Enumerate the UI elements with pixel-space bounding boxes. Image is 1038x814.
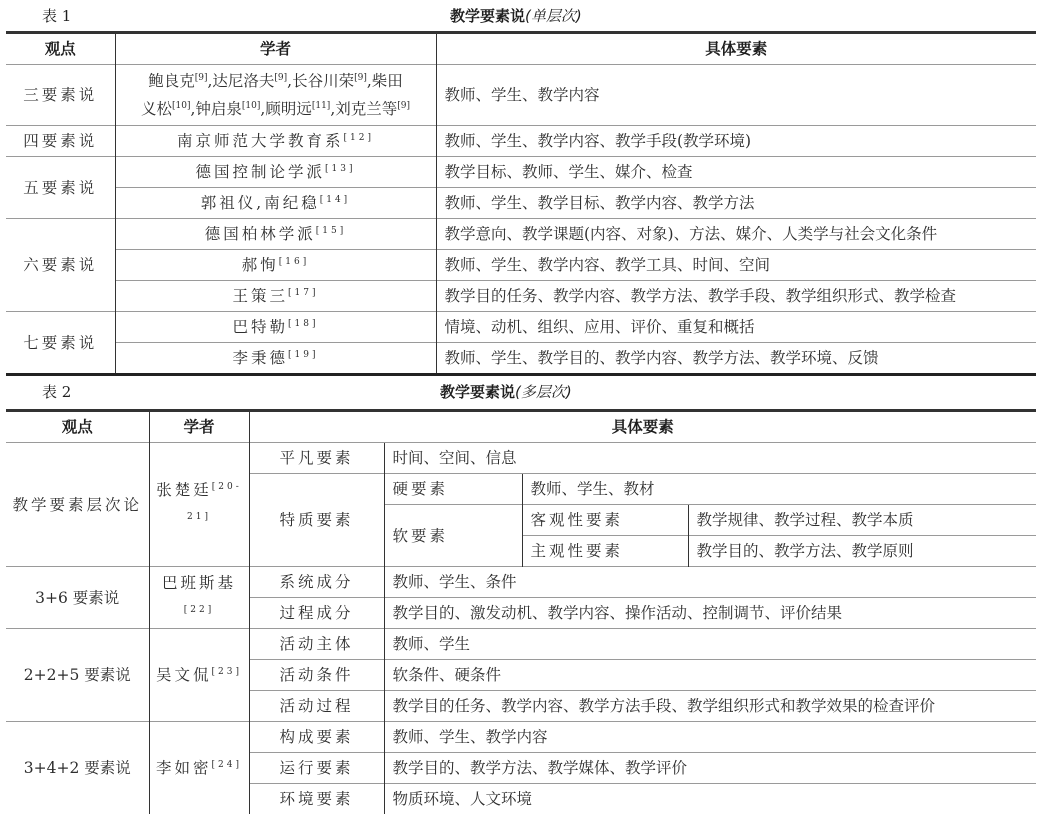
citation-ref: [9] xyxy=(397,101,410,111)
view-cell: 2+2+5 要素说 xyxy=(6,629,149,722)
scholar-name: 巴班斯基 xyxy=(162,574,236,592)
elements-cell: 情境、动机、组织、应用、评价、重复和概括 xyxy=(436,312,1036,343)
scholar-line: 义松[10],钟启泉[10],顾明远[11],刘克兰等[9] xyxy=(116,95,436,123)
citation-ref: [22] xyxy=(184,605,214,615)
table1-label: 表 1 xyxy=(42,5,71,26)
scholar-cell: 李秉德[19] xyxy=(115,343,436,375)
scholar-cell: 郭祖仪,南纪稳[14] xyxy=(115,188,436,219)
table-row: 三要素说 鲍良克[9],达尼洛夫[9],长谷川荣[9],柴田 义松[10],钟启… xyxy=(6,65,1036,126)
view-cell: 四要素说 xyxy=(6,126,115,157)
scholar-cell: 李如密[24] xyxy=(149,722,249,814)
table1: 观点 学者 具体要素 三要素说 鲍良克[9],达尼洛夫[9],长谷川荣[9],柴… xyxy=(6,31,1036,376)
view-cell: 五要素说 xyxy=(6,157,115,219)
subcategory-cell: 硬要素 xyxy=(384,474,522,505)
category-cell: 活动条件 xyxy=(249,660,384,691)
table-row: 七要素说 巴特勒[18] 情境、动机、组织、应用、评价、重复和概括 xyxy=(6,312,1036,343)
scholar-cell: 巴特勒[18] xyxy=(115,312,436,343)
table-row: 五要素说 德国控制论学派[13] 教学目标、教师、学生、媒介、检查 xyxy=(6,157,1036,188)
scholar-cell: 德国柏林学派[15] xyxy=(115,219,436,250)
category-cell: 构成要素 xyxy=(249,722,384,753)
header-view: 观点 xyxy=(6,33,115,65)
header-elements: 具体要素 xyxy=(436,33,1036,65)
table2-title-text: 教学要素说 xyxy=(440,383,515,401)
scholar-name: 李秉德 xyxy=(233,349,289,367)
table1-title-text: 教学要素说 xyxy=(450,7,525,25)
citation-ref: [23] xyxy=(212,667,242,677)
view-cell: 七要素说 xyxy=(6,312,115,375)
elements-cell: 教学规律、教学过程、教学本质 xyxy=(688,505,1036,536)
citation-ref: [9] xyxy=(354,73,367,83)
scholar-cell: 郝恂[16] xyxy=(115,250,436,281)
citation-ref: [18] xyxy=(288,319,318,329)
view-cell: 三要素说 xyxy=(6,65,115,126)
citation-ref: [15] xyxy=(316,226,346,236)
subsubcategory-cell: 客观性要素 xyxy=(522,505,688,536)
table-row: 李秉德[19] 教师、学生、教学目的、教学内容、教学方法、教学环境、反馈 xyxy=(6,343,1036,375)
scholar-name: 李如密 xyxy=(156,759,212,777)
scholar-name: 德国柏林学派 xyxy=(205,225,316,243)
scholar-cell: 德国控制论学派[13] xyxy=(115,157,436,188)
elements-cell: 教学目标、教师、学生、媒介、检查 xyxy=(436,157,1036,188)
elements-cell: 教师、学生、教学内容 xyxy=(436,65,1036,126)
elements-cell: 教师、学生、条件 xyxy=(384,567,1036,598)
elements-cell: 物质环境、人文环境 xyxy=(384,784,1036,814)
scholar-name: 郝恂 xyxy=(242,256,279,274)
scholar-name: 张楚廷 xyxy=(156,481,212,499)
scholar-name: 吴文侃 xyxy=(156,666,212,684)
table1-subtitle: (单层次) xyxy=(525,7,582,25)
category-cell: 运行要素 xyxy=(249,753,384,784)
elements-cell: 教学意向、教学课题(内容、对象)、方法、媒介、人类学与社会文化条件 xyxy=(436,219,1036,250)
scholar-cell: 吴文侃[23] xyxy=(149,629,249,722)
scholar-name: 王策三 xyxy=(233,287,289,305)
category-cell: 平凡要素 xyxy=(249,443,384,474)
category-cell: 活动过程 xyxy=(249,691,384,722)
table2: 观点 学者 具体要素 教学要素层次论 张楚廷[20-21] 平凡要素 时间、空间… xyxy=(6,409,1036,814)
view-cell: 3+6 要素说 xyxy=(6,567,149,629)
subcategory-cell: 软要素 xyxy=(384,505,522,567)
elements-cell: 教师、学生、教学目的、教学内容、教学方法、教学环境、反馈 xyxy=(436,343,1036,375)
table1-title: 教学要素说(单层次) xyxy=(450,5,582,26)
scholar-cell: 巴班斯基[22] xyxy=(149,567,249,629)
citation-ref: [16] xyxy=(279,257,309,267)
citation-ref: [11] xyxy=(312,101,330,111)
table2-subtitle: (多层次) xyxy=(515,383,572,401)
elements-cell: 教学目的任务、教学内容、教学方法手段、教学组织形式和教学效果的检查评价 xyxy=(384,691,1036,722)
citation-ref: [13] xyxy=(325,164,355,174)
citation-ref: [24] xyxy=(212,760,242,770)
table-row: 3+6 要素说 巴班斯基[22] 系统成分 教师、学生、条件 xyxy=(6,567,1036,598)
table2-label: 表 2 xyxy=(42,381,71,402)
citation-ref: [12] xyxy=(344,133,374,143)
citation-ref: [19] xyxy=(288,350,318,360)
citation-ref: [10] xyxy=(242,101,260,111)
elements-cell: 时间、空间、信息 xyxy=(384,443,1036,474)
scholar-name: 南京师范大学教育系 xyxy=(177,132,344,150)
subsubcategory-cell: 主观性要素 xyxy=(522,536,688,567)
citation-ref: [9] xyxy=(274,73,287,83)
table-row: 四要素说 南京师范大学教育系[12] 教师、学生、教学内容、教学手段(教学环境) xyxy=(6,126,1036,157)
header-elements: 具体要素 xyxy=(249,411,1036,443)
elements-cell: 教学目的、教学方法、教学媒体、教学评价 xyxy=(384,753,1036,784)
scholar-line: 鲍良克[9],达尼洛夫[9],长谷川荣[9],柴田 xyxy=(116,67,436,95)
elements-cell: 教师、学生、教学内容、教学手段(教学环境) xyxy=(436,126,1036,157)
table-row: 六要素说 德国柏林学派[15] 教学意向、教学课题(内容、对象)、方法、媒介、人… xyxy=(6,219,1036,250)
elements-cell: 教师、学生、教学目标、教学内容、教学方法 xyxy=(436,188,1036,219)
citation-ref: [9] xyxy=(195,73,208,83)
scholar-cell: 南京师范大学教育系[12] xyxy=(115,126,436,157)
elements-cell: 教学目的任务、教学内容、教学方法、教学手段、教学组织形式、教学检查 xyxy=(436,281,1036,312)
elements-cell: 教师、学生 xyxy=(384,629,1036,660)
citation-ref: [14] xyxy=(320,195,350,205)
scholar-cell: 鲍良克[9],达尼洛夫[9],长谷川荣[9],柴田 义松[10],钟启泉[10]… xyxy=(115,65,436,126)
table-row: 教学要素层次论 张楚廷[20-21] 平凡要素 时间、空间、信息 xyxy=(6,443,1036,474)
scholar-name: 郭祖仪,南纪稳 xyxy=(201,194,320,212)
category-cell: 活动主体 xyxy=(249,629,384,660)
scholar-cell: 张楚廷[20-21] xyxy=(149,443,249,567)
elements-cell: 教师、学生、教学内容 xyxy=(384,722,1036,753)
elements-cell: 教师、学生、教学内容、教学工具、时间、空间 xyxy=(436,250,1036,281)
view-cell: 六要素说 xyxy=(6,219,115,312)
table-row: 郭祖仪,南纪稳[14] 教师、学生、教学目标、教学内容、教学方法 xyxy=(6,188,1036,219)
table-row: 郝恂[16] 教师、学生、教学内容、教学工具、时间、空间 xyxy=(6,250,1036,281)
elements-cell: 教学目的、教学方法、教学原则 xyxy=(688,536,1036,567)
table2-title: 教学要素说(多层次) xyxy=(440,381,572,402)
category-cell: 过程成分 xyxy=(249,598,384,629)
table-row: 王策三[17] 教学目的任务、教学内容、教学方法、教学手段、教学组织形式、教学检… xyxy=(6,281,1036,312)
table-row: 2+2+5 要素说 吴文侃[23] 活动主体 教师、学生 xyxy=(6,629,1036,660)
view-cell: 教学要素层次论 xyxy=(6,443,149,567)
citation-ref: [10] xyxy=(172,101,190,111)
table1-header-row: 观点 学者 具体要素 xyxy=(6,33,1036,65)
table2-header-row: 观点 学者 具体要素 xyxy=(6,411,1036,443)
table-row: 3+4+2 要素说 李如密[24] 构成要素 教师、学生、教学内容 xyxy=(6,722,1036,753)
category-cell: 环境要素 xyxy=(249,784,384,814)
category-cell: 系统成分 xyxy=(249,567,384,598)
scholar-name: 德国控制论学派 xyxy=(196,163,326,181)
header-scholar: 学者 xyxy=(149,411,249,443)
header-view: 观点 xyxy=(6,411,149,443)
elements-cell: 软条件、硬条件 xyxy=(384,660,1036,691)
header-scholar: 学者 xyxy=(115,33,436,65)
category-cell: 特质要素 xyxy=(249,474,384,567)
citation-ref: [17] xyxy=(288,288,318,298)
scholar-name: 巴特勒 xyxy=(233,318,289,336)
elements-cell: 教师、学生、教材 xyxy=(522,474,1036,505)
elements-cell: 教学目的、激发动机、教学内容、操作活动、控制调节、评价结果 xyxy=(384,598,1036,629)
scholar-cell: 王策三[17] xyxy=(115,281,436,312)
view-cell: 3+4+2 要素说 xyxy=(6,722,149,814)
